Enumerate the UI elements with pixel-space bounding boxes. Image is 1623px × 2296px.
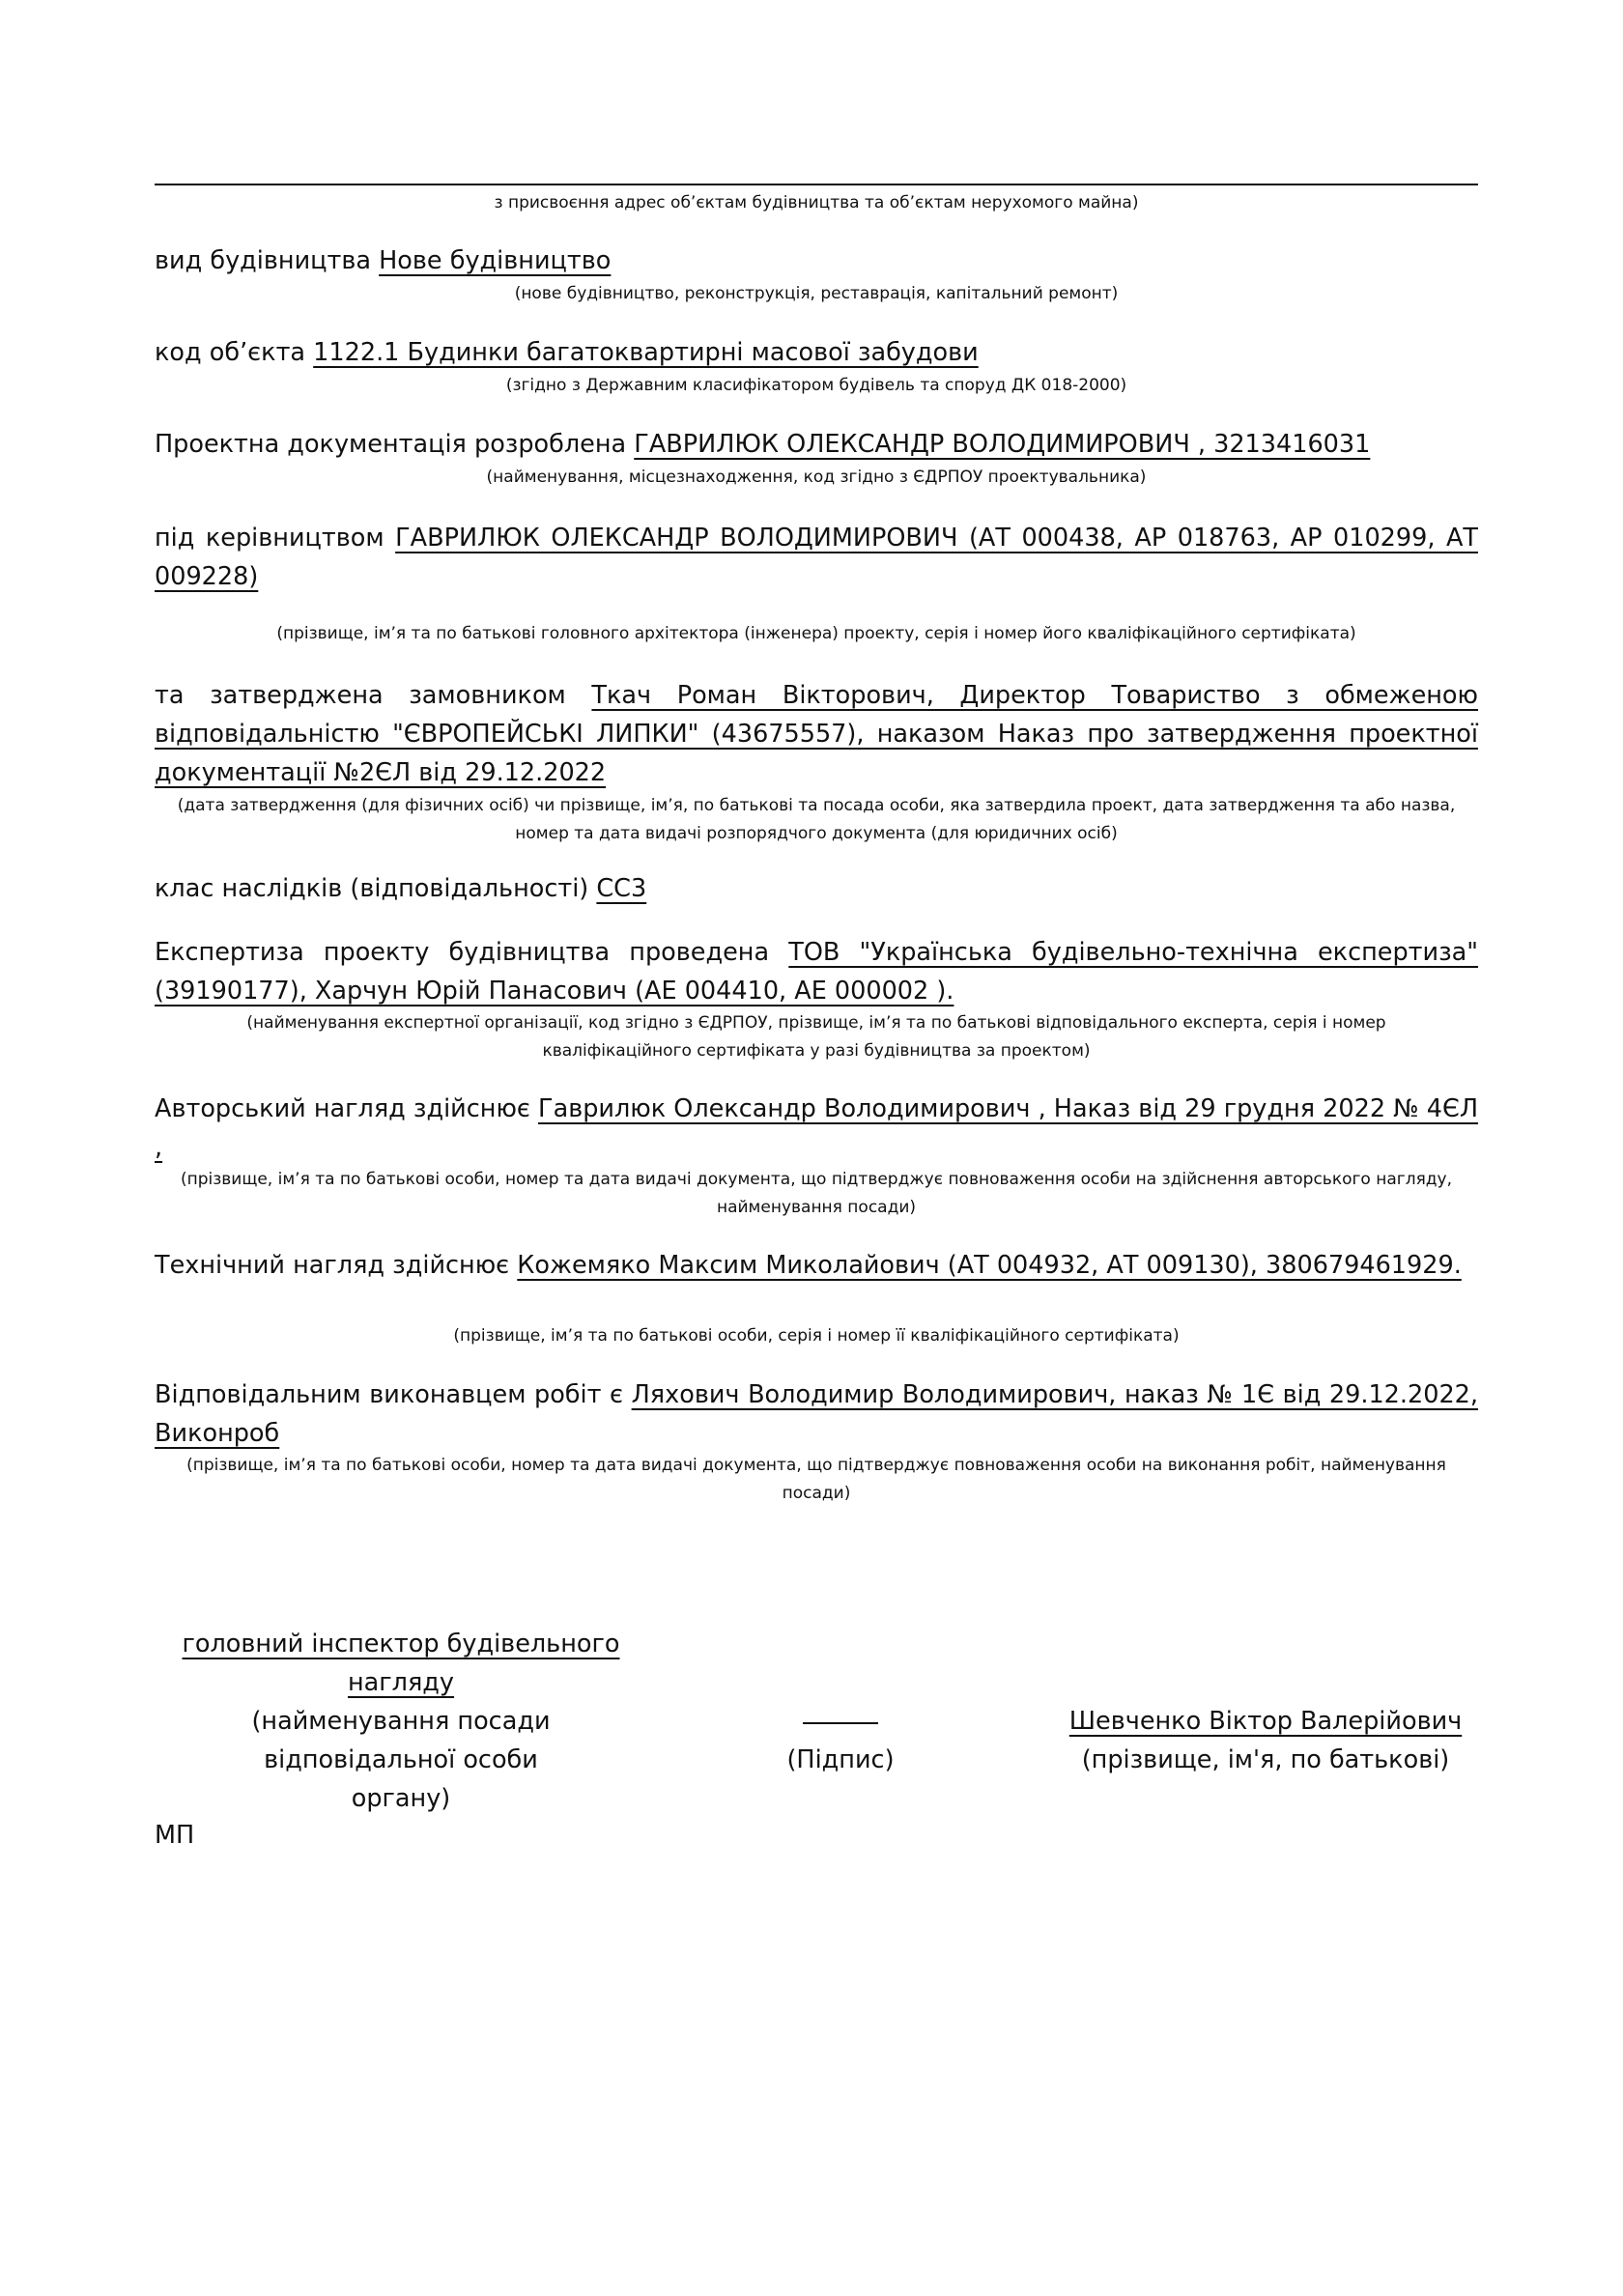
field-author-supervision: Авторський нагляд здійснює Гаврилюк Олек… <box>155 1090 1478 1167</box>
field-project-developer: Проектна документація розроблена ГАВРИЛЮ… <box>155 425 1478 464</box>
field-chief-architect: під керівництвом ГАВРИЛЮК ОЛЕКСАНДР ВОЛО… <box>155 519 1478 596</box>
field-value: ГАВРИЛЮК ОЛЕКСАНДР ВОЛОДИМИРОВИЧ , 32134… <box>634 430 1370 459</box>
field-technical-supervision: Технічний нагляд здійснює Кожемяко Макси… <box>155 1246 1478 1285</box>
field-consequence-class: клас наслідків (відповідальності) СС3 <box>155 869 1478 908</box>
field-caption: (найменування, місцезнаходження, код згі… <box>155 464 1478 492</box>
position-caption: (найменування посади відповідальної особ… <box>155 1702 647 1818</box>
field-caption: (прізвище, ім’я та по батькові особи, но… <box>155 1166 1478 1222</box>
field-caption: (згідно з Державним класифікатором будів… <box>155 372 1478 400</box>
field-label: під керівництвом <box>155 524 384 553</box>
field-label: Технічний нагляд здійснює <box>155 1251 509 1280</box>
top-rule <box>155 184 1478 185</box>
name-value: Шевченко Віктор Валерійович <box>1069 1707 1462 1736</box>
position-value: головний інспектор будівельного нагляду <box>183 1630 620 1697</box>
field-label: Експертиза проекту будівництва проведена <box>155 938 769 967</box>
field-label: та затверджена замовником <box>155 681 566 710</box>
field-responsible-executor: Відповідальним виконавцем робіт є Ляхови… <box>155 1375 1478 1453</box>
name-caption: (прізвище, ім'я, по батькові) <box>1034 1741 1497 1779</box>
signature-field: (Підпис) <box>754 1702 927 1779</box>
field-label: клас наслідків (відповідальності) <box>155 874 588 903</box>
field-approved-by-customer: та затверджена замовником Ткач Роман Вік… <box>155 676 1478 792</box>
field-value: СС3 <box>596 874 646 903</box>
field-caption: (найменування експертної організації, ко… <box>155 1009 1478 1065</box>
signature-position: головний інспектор будівельного нагляду … <box>155 1625 647 1818</box>
signature-caption: (Підпис) <box>754 1741 927 1779</box>
field-object-code: код об’єкта 1122.1 Будинки багатоквартир… <box>155 333 1478 372</box>
signature-name: Шевченко Віктор Валерійович (прізвище, і… <box>1034 1702 1497 1779</box>
field-label: вид будівництва <box>155 246 371 275</box>
signature-line <box>803 1721 878 1724</box>
field-caption: (нове будівництво, реконструкція, рестав… <box>155 280 1478 308</box>
field-project-expertise: Експертиза проекту будівництва проведена… <box>155 933 1478 1010</box>
stamp-label: МП <box>155 1816 1478 1855</box>
header-caption: з присвоєння адрес об’єктам будівництва … <box>155 189 1478 217</box>
field-caption: (прізвище, ім’я та по батькові особи, но… <box>155 1452 1478 1508</box>
field-label: Авторський нагляд здійснює <box>155 1094 530 1123</box>
field-caption: (дата затвердження (для фізичних осіб) ч… <box>155 792 1478 848</box>
field-value: 1122.1 Будинки багатоквартирні масової з… <box>313 338 979 367</box>
field-caption: (прізвище, ім’я та по батькові особи, се… <box>155 1322 1478 1350</box>
field-label: код об’єкта <box>155 338 305 367</box>
field-caption: (прізвище, ім’я та по батькові головного… <box>155 620 1478 648</box>
field-value: Нове будівництво <box>379 246 611 275</box>
field-construction-type: вид будівництва Нове будівництво <box>155 241 1478 280</box>
field-label: Проектна документація розроблена <box>155 430 626 459</box>
field-value: Кожемяко Максим Миколайович (АТ 004932, … <box>517 1251 1462 1280</box>
field-label: Відповідальним виконавцем робіт є <box>155 1380 623 1409</box>
